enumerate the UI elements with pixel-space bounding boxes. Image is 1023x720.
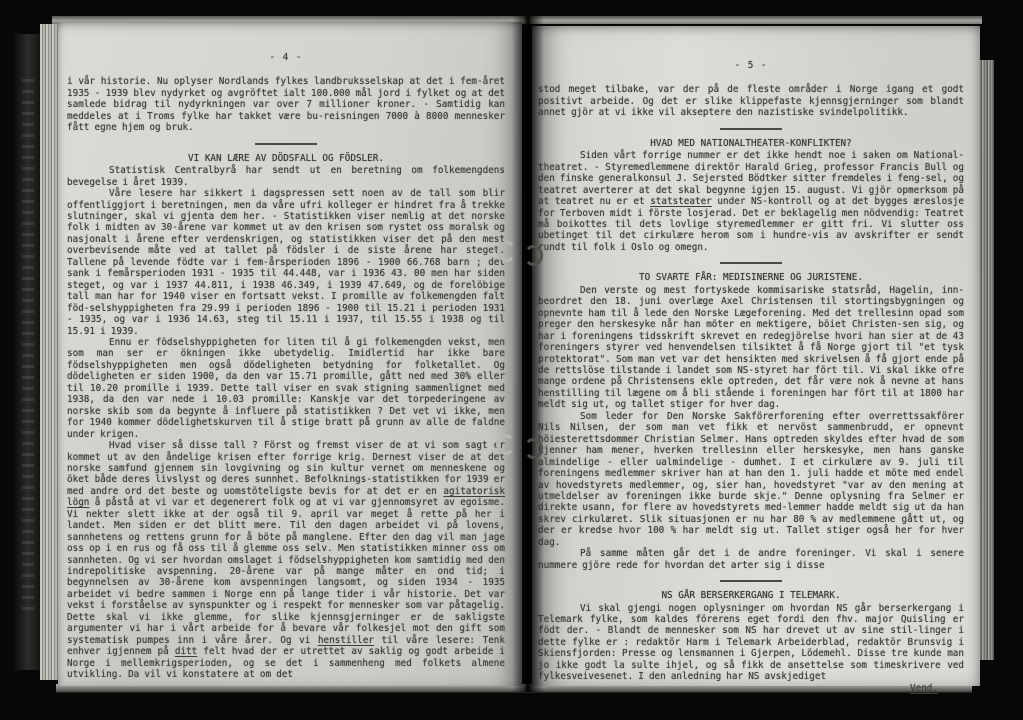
page-right-5: - 5 - stod meget tilbake, var der på de … — [532, 26, 980, 686]
page-number: - 4 - — [67, 52, 505, 63]
section-divider — [720, 262, 782, 264]
binder-ring — [524, 438, 543, 459]
scanned-book-photo: { "document": { "kind": "scanned typewri… — [0, 0, 1023, 720]
paragraph: Ennu er födselshyppigheten for liten til… — [67, 337, 505, 440]
paragraph: Som leder for Den Norske Sakförerforenin… — [538, 411, 964, 548]
text-run: å påstå at vi var et degenerert folk og … — [67, 497, 505, 645]
binder-ring — [524, 245, 543, 266]
paragraph: Vi skal gjengi nogen oplysninger om hvor… — [538, 603, 964, 683]
book-spine — [14, 34, 40, 670]
paragraph: Statistisk Centralbyrå har sendt ut en b… — [67, 165, 505, 188]
text-run: Hvad viser så disse tall ? Först og frem… — [67, 440, 505, 497]
section-divider — [720, 128, 782, 130]
page-number: - 5 - — [538, 60, 964, 71]
page-5-content: stod meget tilbake, var der på de fleste… — [538, 84, 964, 694]
paragraph: Den verste og mest fortyskede kommisaris… — [538, 285, 964, 411]
page-4-content: i vår historie. Nu oplyser Nordlands fyl… — [67, 76, 505, 680]
section-heading: TO SVARTE FÅR: MEDISINERNE OG JURISTENE. — [538, 272, 964, 283]
text-run: Den verste og mest fortyskede kommisaris… — [538, 285, 964, 411]
text-run: Vi skal gjengi nogen oplysninger om hvor… — [538, 603, 964, 683]
gutter-shadow — [512, 16, 544, 692]
underlined-text: Vend. — [910, 683, 938, 694]
binder-ring — [496, 434, 515, 455]
vend-marker: Vend. — [538, 683, 964, 694]
page-left-4: - 4 - i vår historie. Nu oplyser Nordlan… — [58, 22, 522, 686]
paragraph: Hvad viser så disse tall ? Först og frem… — [67, 440, 505, 681]
section-divider — [720, 580, 782, 582]
paragraph: stod meget tilbake, var der på de fleste… — [538, 84, 964, 118]
text-run: Som leder for Den Norske Sakförerforenin… — [538, 411, 964, 548]
text-run: Våre lesere har sikkert i dagspressen se… — [67, 188, 505, 336]
underlined-text: statsteater — [650, 196, 712, 207]
paragraph: i vår historie. Nu oplyser Nordlands fyl… — [67, 76, 505, 133]
paragraph: Våre lesere har sikkert i dagspressen se… — [67, 188, 505, 337]
spine-texture — [22, 74, 34, 610]
paragraph: På samme måten går det i de andre foreni… — [538, 548, 964, 571]
paragraph: Siden vårt forrige nummer er det ikke he… — [538, 150, 964, 253]
text-run: i vår historie. Nu oplyser Nordlands fyl… — [67, 76, 505, 133]
underlined-text: henstiller — [318, 635, 374, 646]
section-heading: HVAD MED NATIONALTHEATER-KONFLIKTEN? — [538, 138, 964, 149]
section-divider — [255, 143, 317, 145]
section-heading: VI KAN LÆRE AV DÖDSFALL OG FÖDSLER. — [67, 153, 505, 164]
text-run: Statistisk Centralbyrå har sendt ut en b… — [67, 165, 505, 187]
binder-ring — [497, 241, 516, 262]
text-run: På samme måten går det i de andre foreni… — [538, 548, 964, 570]
section-heading: NS GÅR BERSERKERGANG I TELEMARK. — [538, 590, 964, 601]
text-run: Ennu er födselshyppigheten for liten til… — [67, 337, 505, 440]
text-run: stod meget tilbake, var der på de fleste… — [538, 84, 964, 118]
underlined-text: ditt — [175, 646, 197, 657]
